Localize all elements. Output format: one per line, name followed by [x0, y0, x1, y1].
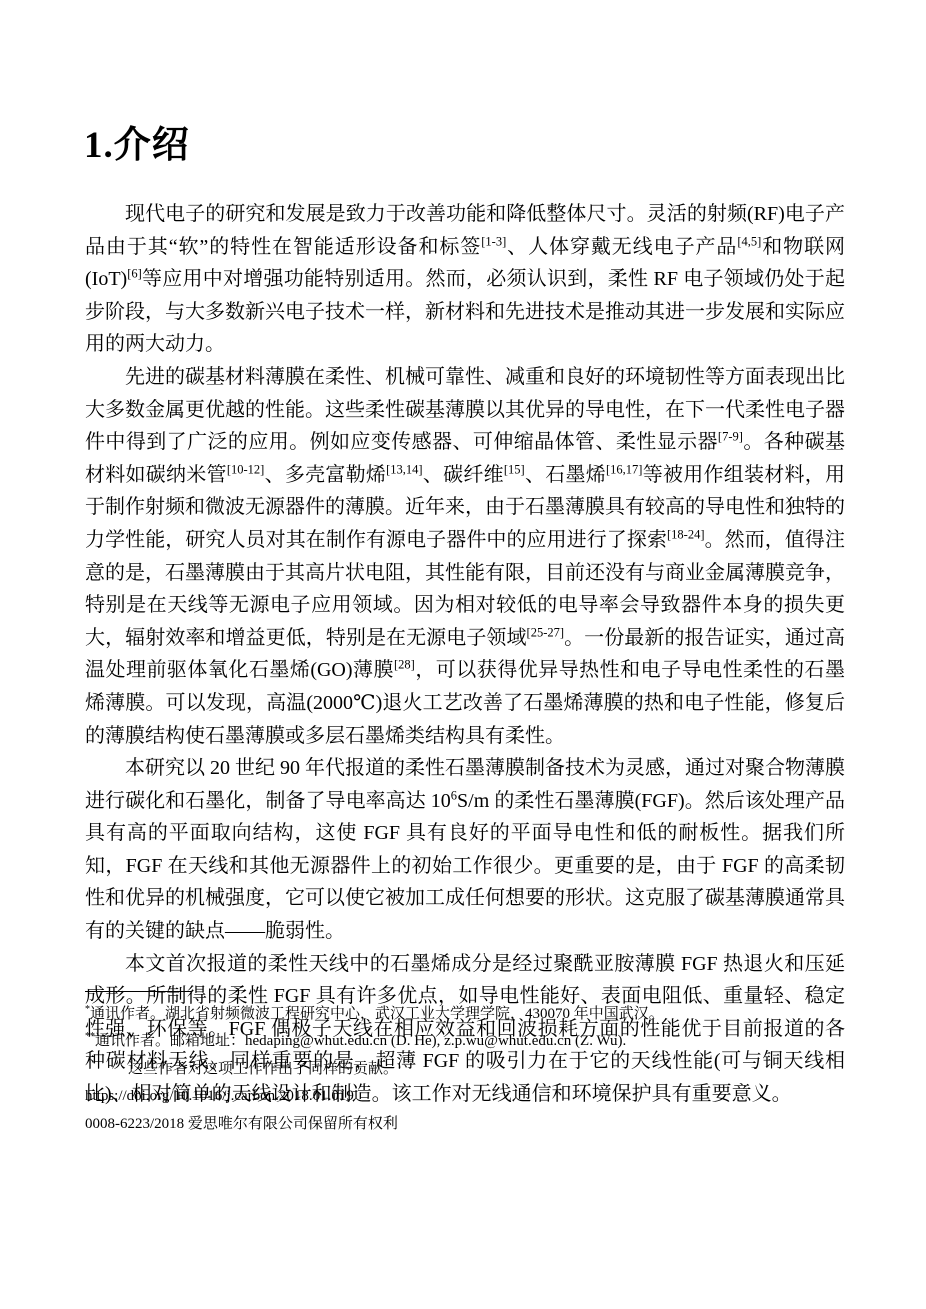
superscript-ref: [28] — [394, 658, 415, 672]
paragraph: 先进的碳基材料薄膜在柔性、机械可靠性、减重和良好的环境韧性等方面表现出比大多数金… — [85, 361, 845, 752]
section-title: 1.介绍 — [84, 114, 190, 168]
superscript-ref: [18-24] — [667, 527, 705, 541]
footnote-line: https://doi.org/10.1016/j.carbon.2018.01… — [85, 1083, 847, 1110]
footnote-line: 0008-6223/2018 爱思唯尔有限公司保留所有权利 — [85, 1111, 847, 1138]
text-run: 、人体穿戴无线电子产品 — [506, 236, 737, 258]
footnote-line: **通讯作者。邮箱地址：hedaping@whut.edu.cn (D. He)… — [85, 1028, 847, 1055]
document-page: 1.介绍 现代电子的研究和发展是致力于改善功能和降低整体尺寸。灵活的射频(RF)… — [0, 0, 926, 1309]
text-run: 、多壳富勒烯 — [264, 464, 386, 486]
superscript-ref: [7-9] — [718, 430, 743, 444]
superscript-ref: [10-12] — [227, 462, 265, 476]
superscript-ref: [1-3] — [481, 234, 506, 248]
text-run: 这些作者对这项工作作出了同样的贡献。 — [128, 1061, 398, 1077]
superscript-ref: [25-27] — [527, 625, 565, 639]
paragraph: 现代电子的研究和发展是致力于改善功能和降低整体尺寸。灵活的射频(RF)电子产品由… — [85, 198, 845, 361]
superscript-ref: [4,5] — [737, 234, 761, 248]
superscript-ref: [13,14] — [386, 462, 422, 476]
footnote-line: *通讯作者。湖北省射频微波工程研究中心，武汉工业大学理学院，430070 年中国… — [85, 1001, 847, 1028]
body-text: 现代电子的研究和发展是致力于改善功能和降低整体尺寸。灵活的射频(RF)电子产品由… — [85, 198, 845, 1111]
superscript-ref: [6] — [127, 267, 142, 281]
text-run: S/m 的柔性石墨薄膜(FGF)。然后该处理产品具有高的平面取向结构，这使 FG… — [85, 790, 845, 942]
text-run: 、石墨烯 — [525, 464, 606, 486]
footnote-lines: *通讯作者。湖北省射频微波工程研究中心，武汉工业大学理学院，430070 年中国… — [85, 1001, 847, 1138]
footnote-divider — [85, 991, 192, 992]
text-run: 通讯作者。邮箱地址：hedaping@whut.edu.cn (D. He), … — [95, 1033, 626, 1049]
text-run: 等应用中对增强功能特别适用。然而，必须认识到，柔性 RF 电子领域仍处于起步阶段… — [85, 268, 845, 355]
superscript-ref: [16,17] — [606, 462, 642, 476]
text-run: 0008-6223/2018 爱思唯尔有限公司保留所有权利 — [85, 1116, 398, 1132]
superscript-ref: ** — [85, 1031, 95, 1042]
text-run: 、碳纤维 — [423, 464, 504, 486]
paragraph: 本研究以 20 世纪 90 年代报道的柔性石墨薄膜制备技术为灵感，通过对聚合物薄… — [85, 752, 845, 948]
footnote-line: 这些作者对这项工作作出了同样的贡献。 — [85, 1056, 847, 1083]
footnotes: *通讯作者。湖北省射频微波工程研究中心，武汉工业大学理学院，430070 年中国… — [85, 991, 847, 1138]
text-run: 通讯作者。湖北省射频微波工程研究中心，武汉工业大学理学院，430070 年中国武… — [90, 1006, 664, 1022]
superscript-ref: [15] — [504, 462, 525, 476]
text-run: https://doi.org/10.1016/j.carbon.2018.01… — [85, 1088, 354, 1104]
